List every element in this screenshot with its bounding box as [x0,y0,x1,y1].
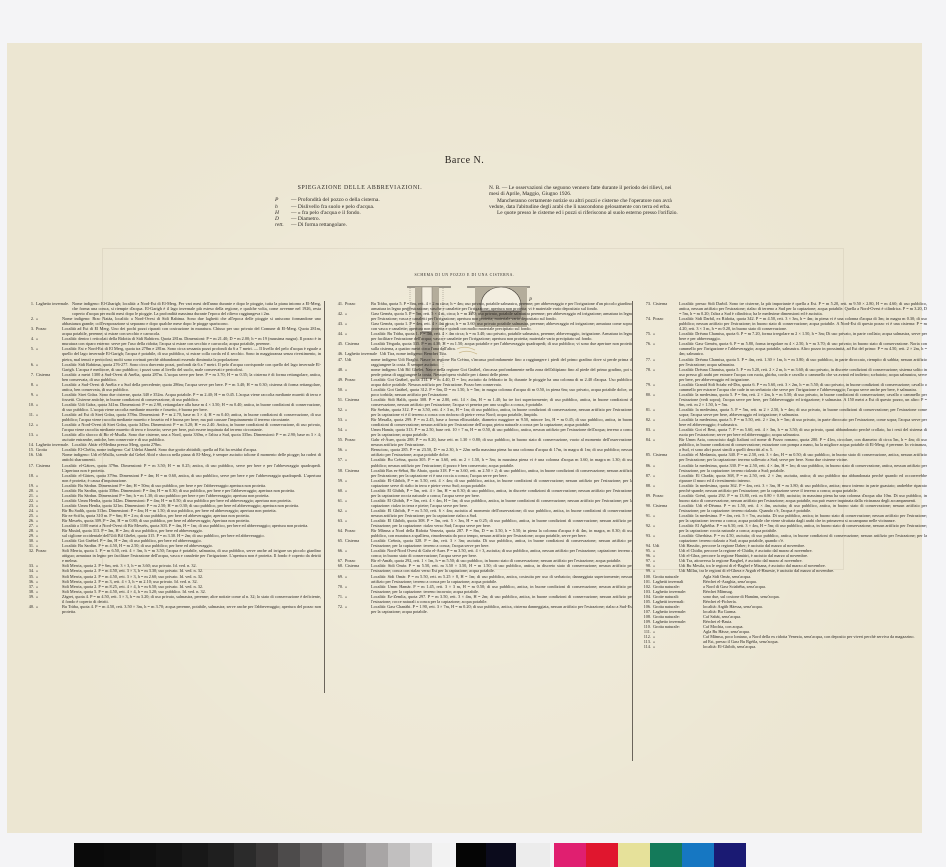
entry-row: 87.»Località: El Chadàr, quota 368, P = … [638,473,927,483]
entry-row: 66.»Località: Nord-Nord Ovest di Gahr el… [330,548,633,558]
entry-type: » [653,341,679,356]
entry-row: 41.PozzoBu Tràba, quota 5. P = 6m, rett.… [330,301,633,311]
entry-number: 45. [330,341,345,351]
entry-row: 80.»Località: la medesima, quota 5. P = … [638,392,927,407]
entry-number: 18. [21,473,36,483]
entry-description: Località: la medesima, quota 5. P = 6m, … [679,392,927,407]
entry-type: » [345,417,371,427]
entry-type: Cisterna [345,563,371,573]
entry-number: 74. [638,316,653,331]
entry-row: 76.»Località: Gasr Gemèa, quota 6. P = m… [638,341,927,356]
entry-row: 70.»Località: Umm Hamàr. P = m 1.45, ret… [330,584,633,594]
entry-type: » [36,594,62,604]
entry-row: 61.»Località: El Ghibib, P = 3m, rett. 4… [330,498,633,508]
calibration-swatch [432,843,450,867]
entry-number: 59. [330,478,345,488]
entry-description: Località: la medesima, quota 5. P = 5m, … [679,407,927,417]
entry-row: 92.»Località: El Aghéiba. P = m 6.50, re… [638,523,927,533]
entry-row: 3.PozzoLocalità ad Est di El Merg. Uno d… [21,326,321,336]
calibration-swatch [182,843,208,867]
entry-number: 68. [330,563,345,573]
entry-type: Cisterna [345,468,371,478]
column-2: 41.PozzoBu Tràba, quota 5. P = 6m, rett.… [324,301,633,693]
calibration-swatch [682,843,714,867]
entry-type: » [345,488,371,498]
entry-type: » [653,533,679,543]
entry-description: Località: Sidi Rabtima, quota 276-277. S… [62,362,321,372]
entry-row: 74.PozzoLocalità: Sidi Darbil, ex Ridott… [638,316,927,331]
entry-row: 50.»Località: Got Gnàbel, quota 312. P =… [330,387,633,397]
entry-row: 51.CisternaLocalità: Sidi Halib, quota 3… [330,397,633,407]
entry-row: 62.»Località: El Ghibib, P = m 5.50, ret… [330,508,633,518]
scanned-sheet: Barce N. SPIEGAZIONE DELLE ABBREVIAZIONI… [7,43,922,833]
entry-type: » [345,331,371,341]
entry-description: Località: Ez-Zemlia, quota 297. P = m 3.… [371,594,633,604]
entry-number: 4. [21,336,36,346]
entry-row: 2.»Nome indigeno: Brac Natàa, località: … [21,316,321,326]
entry-number: 44. [330,331,345,341]
entry-description: Località Ras es-Sébat, Bir Abaio, quota … [371,468,633,478]
entry-number: 85. [638,452,653,462]
entry-number: 11. [21,412,36,422]
entry-type: Pozzo [345,301,371,311]
entry-row: 89.PozzoLocalità: Grènl, quota 292. P = … [638,493,927,503]
entry-type: » [36,382,62,392]
entries-columns: 1.Laghetto invernale.Nome indigeno: El-G… [21,301,921,821]
entry-description: Località: El Chadàr, quota 368, P = m 2.… [679,473,927,483]
entry-row: 45.CisternaLocalità Térgada, quota 335. … [330,341,633,351]
entry-description: località: El-Ghibib, senz'acqua. [703,644,927,649]
entry-description: Località: a Sud-Ovest di Anélia e a Sud … [62,382,321,392]
entry-description: Località: allo sbocco di Bir el-Msalla. … [62,432,321,442]
entry-description: Località: El-Ghibib, P = m 5.50, rett. 4… [371,478,633,488]
calibration-swatch [586,843,618,867]
entry-type: » [36,412,62,422]
calibration-swatch [344,843,366,867]
entry-number: 70. [330,584,345,594]
entry-type: Udi [36,452,62,462]
entry-type: » [345,427,371,437]
entry-description: Località: Granid Sidi Sciahr ed-Din, quo… [679,382,927,392]
entry-description: Località: Gasr Chanàbi. P = 1.90, rett. … [371,604,633,614]
entry-description: Località: Crèinis, quota 328. P = 4m, re… [371,538,633,548]
entry-number: 57. [330,457,345,467]
calibration-swatch [74,843,104,867]
entry-description: Località: El Aghéiba. P = m 6.50, rett. … [679,523,927,533]
entry-description: Sidi Merria, quota 1. P = m 6.50, rett. … [62,548,321,563]
entry-type: » [36,316,62,326]
entry-type: » [36,604,62,614]
entry-description: Località: Sidi Omàr. P = m 5.50, rett. m… [371,574,633,584]
entry-description: Bu Tràba, quota 5. P = 6m, rett. 4 × 2 m… [371,301,633,311]
entry-description: Bu Tràba, quota 4. P = m 4.50, rett. 3.5… [62,604,321,614]
entry-description: Località: Bu Crèina, quota 305. P = m 3.… [371,457,633,467]
calibration-swatch [104,843,130,867]
entry-number: 50. [330,387,345,397]
entry-description: Gasr Gemèa, quota 5. P = 5m, rett. 5 × 4… [371,311,633,321]
entry-description: Bir Umm Azia, conosciuto dagli Italiani … [679,437,927,452]
entry-row: 85.CisternaLocalità: el Medamia, quota 3… [638,452,927,462]
calibration-swatch [256,843,278,867]
entry-type: » [653,463,679,473]
entry-row: 63.»Località: El Ghibib, quota 308. P = … [330,518,633,528]
entry-description: Nome indigeno: El-Gharigh; località: a N… [72,301,321,316]
entry-description: Umm Hamàr, quota 313. P = m 2.50, base r… [371,427,633,437]
entry-description: Località: Udi Grâra, quota 341m. Dimensi… [62,402,321,412]
entry-number: 9. [21,392,36,402]
entry-row: 32.PozzoSidi Merria, quota 1. P = m 6.50… [21,548,321,563]
entry-number: 48. [330,367,345,377]
entry-row: 54.»Umm Hamàr, quota 313. P = m 2.50, ba… [330,427,633,437]
entry-type: » [36,402,62,412]
entry-number: 47. [330,357,345,367]
entry-description: Località: Bu Tràba, quota 1. P = 4m, ret… [371,331,633,341]
entry-type: Pozzo [345,377,371,387]
entry-row: 81.»Località: la medesima, quota 5. P = … [638,407,927,417]
entry-description: Località: Got el Beut, quota 7. P = m 5.… [679,427,927,437]
entry-row: 13.»Località: allo sbocco di Bir el-Msal… [21,432,321,442]
entry-type: Pozzo [345,437,371,447]
entry-number: 66. [330,548,345,558]
entry-row: 64.PozzoBir Mâmsa a Nord della Ridotta V… [330,528,633,538]
entry-row: 73.CisternaLocalità: presso Sidi Darbil.… [638,301,927,316]
entry-type: Cisterna [653,301,679,316]
entry-row: 55.PozzoGahr el-Àuer, quota 288. P = m 8… [330,437,633,447]
entry-number: 73. [638,301,653,316]
calibration-swatch [234,843,256,867]
calibration-swatch [208,843,234,867]
entry-number: 3. [21,326,36,336]
entry-row: 16.UdiNome indigeno: Udi el-Msilla, scen… [21,452,321,462]
entry-row: 42.»Gasr Gemèa, quota 5. P = 5m, rett. 5… [330,311,633,321]
entry-type: » [345,508,371,518]
entry-type: » [345,574,371,584]
entry-type: Cisterna [345,397,371,407]
entry-row: 53.»Bir Mesalla, quota 299. P = m 2.45, … [330,417,633,427]
entry-row: 71.»Località: Ez-Zemlia, quota 297. P = … [330,594,633,604]
column-3: 73.CisternaLocalità: presso Sidi Darbil.… [632,301,927,761]
entry-number: 86. [638,463,653,473]
entry-description: nome indigeno Udi Bil Ghélet. Nasce nell… [371,367,633,377]
entry-type: Cisterna [653,503,679,513]
calibration-swatch [516,843,550,867]
entry-row: 83.»Località: Got el Beut, quota 7. P = … [638,427,927,437]
entry-number: 75. [638,331,653,341]
entry-type: » [653,427,679,437]
note-paragraph: Le quote presso le cisterne ed i pozzi s… [489,210,679,216]
entry-type: » [345,447,371,457]
entry-number: 16. [21,452,36,462]
entry-description: Bir Mesalla, quota 299. P = m 2.45, base… [371,417,633,427]
entry-type: » [345,584,371,594]
entry-row: 40.»Bu Tràba, quota 4. P = m 4.50, rett.… [21,604,321,614]
entry-type: Udi [345,357,371,367]
entry-row: 91.»Località: la medesima. P = 4m, rett.… [638,513,927,523]
entry-number: 10. [21,402,36,412]
entry-number: 87. [638,473,653,483]
entry-type: » [653,473,679,483]
entry-description: Località: la medesima, quota 362. P = 4m… [679,483,927,493]
abbreviation-row: rett.— Di forma rettangolare. [275,222,445,228]
entry-number: 52. [330,407,345,417]
calibration-swatch [300,843,322,867]
entry-type: » [653,331,679,341]
entry-description: Località: a metri 1300 a Sud-Ovest di An… [62,372,321,382]
entry-type: Cisterna [345,538,371,548]
entry-row: 44.»Località: Bu Tràba, quota 1. P = 4m,… [330,331,633,341]
entry-type: » [345,407,371,417]
entry-row: 9.»Località: Siret Grâra. Sono due ciste… [21,392,321,402]
entry-row: 90.CisternaLocalità: Udi el-Déuma. P = m… [638,503,927,513]
entry-type: Pozzo [653,316,679,331]
entry-number: 51. [330,397,345,407]
entry-type: » [345,518,371,528]
entry-row: 1.Laghetto invernale.Nome indigeno: El-G… [21,301,321,316]
entry-description: Località: Sidi Darbil, ex Ridotta, quota… [679,316,927,331]
entry-row: 7.CisternaLocalità: a metri 1300 a Sud-O… [21,372,321,382]
entry-number: 32. [21,548,36,563]
calibration-swatch [156,843,182,867]
note-paragraph: Mancheranno certamente notizie su altri … [489,198,679,211]
abbreviation-key: rett. [275,222,291,228]
entry-type: Pozzo [653,493,679,503]
abbreviations-heading: SPIEGAZIONE DELLE ABBREVIAZIONI. [275,185,445,191]
entry-number: 71. [330,594,345,604]
entry-row: 68.CisternaLocalità: Sidi Omàr. P = m 5.… [330,563,633,573]
entry-description: Località: Dréuna Chamisa, quota 6. P = m… [679,331,927,341]
entry-description: Località: ad Est di Siret Grâra, quota 3… [62,412,321,422]
entry-description: Località: Gasr Gemèa, quota 6. P = m 5.8… [679,341,927,356]
calibration-swatch [278,843,300,867]
entry-type: » [653,357,679,367]
entry-number: 49. [330,377,345,387]
entry-row: 58.CisternaLocalità Ras es-Sébat, Bir Ab… [330,468,633,478]
abbreviation-value: — Di forma rettangolare. [291,222,347,228]
entry-description: Bir Srebàn, quota 312. P = m 3.50, rett.… [371,407,633,417]
entry-row: 114.»località: El-Ghibib, senz'acqua. [638,644,927,649]
entry-number: 91. [638,513,653,523]
entry-number: 53. [330,417,345,427]
entry-type: » [36,362,62,372]
entry-number: 76. [638,341,653,356]
entry-number: 12. [21,422,36,432]
entry-type: » [653,523,679,533]
entry-type: » [345,478,371,488]
entry-row: 48.»nome indigeno Udi Bil Ghélet. Nasce … [330,367,633,377]
entry-row: 49.PozzoLocalità: Got Gnàbel, quota 314.… [330,377,633,387]
entry-description: Località: el-Gàtres, quota 379m. Dimensi… [62,473,321,483]
entry-row: 18.»Località: el-Gàtres, quota 379m. Dim… [21,473,321,483]
entry-row: 77.»Località: Dréuna Chamisa, quota 5. P… [638,357,927,367]
entry-row: 86.»Località: la medesima, quota 330. P … [638,463,927,473]
entry-description: Località: Got Gnàbel, quota 312. P = 6m,… [371,387,633,397]
entry-row: 69.»Località: Sidi Omàr. P = m 5.50, ret… [330,574,633,584]
entry-number: 2. [21,316,36,326]
entry-type: » [345,604,371,614]
entry-type: » [653,407,679,417]
calibration-swatch [322,843,344,867]
entry-description: nome indigeno Udi Braghi. Nasce in regio… [371,357,633,367]
entry-number: 42. [330,311,345,321]
entry-type: Pozzo [36,548,62,563]
entry-description: Località: El Ghibib, P = 5m, rett. 4 × 3… [371,488,633,498]
entry-number: 84. [638,437,653,452]
entry-description: Località: el Medamia, quota 340. P = m 2… [679,452,927,462]
entry-number: 82. [638,417,653,427]
entry-number: 83. [638,427,653,437]
entry-type: » [36,422,62,432]
calibration-swatch [714,843,746,867]
entry-row: 12.»Località: a Nord-Ovest di Siret Grâr… [21,422,321,432]
entry-type: » [345,457,371,467]
note-block: N. B. — Le osservazioni che seguono venn… [489,185,679,216]
entry-number: 69. [330,574,345,584]
entry-number: 13. [21,432,36,442]
calibration-swatch [486,843,516,867]
entry-number: 17. [21,463,36,473]
entry-row: 39.»Zàgret, quota 4. P = m 4.50, rett. 3… [21,594,321,604]
calibration-swatch [130,843,156,867]
entry-description: Località: El Ghibib, P = m 5.50, rett. 6… [371,508,633,518]
entry-description: Bir Mâmsa a Nord della Ridotta Venezia, … [371,528,633,538]
entry-description: Zàgret, quota 4. P = m 4.50, rett. 3 × 3… [62,594,321,604]
entry-number: 78. [638,367,653,382]
entry-description: Località: el-Gàtres, quota 379m. Dimensi… [62,463,321,473]
entry-type: » [653,644,703,649]
entry-number: 58. [330,468,345,478]
entry-description: Località: Siret Grâra. Sono due cisterne… [62,392,321,402]
entry-type: » [345,387,371,397]
entry-row: 88.»Località: la medesima, quota 362. P … [638,483,927,493]
calibration-swatch [410,843,432,867]
entry-description: Località: Got Gnàbel, quota 314. P = m 4… [371,377,633,387]
entry-row: 43.»Gasr Gemèa, quota 1. P = 4m, rett. 4… [330,321,633,331]
entry-number: 72. [330,604,345,614]
entry-description: Località: Gherbàsa. P = m 4.50, asciutta… [679,533,927,543]
entry-number: 1. [21,301,36,316]
entry-number: 114. [638,644,653,649]
entry-row: 56.»Bensciosc, quota 285. P = m 23.50, D… [330,447,633,457]
entry-number: 93. [638,533,653,543]
entry-number: 79. [638,382,653,392]
entry-row: 5.»Località: Est e Nord-Est di El Merg, … [21,346,321,361]
entry-type: » [345,548,371,558]
entry-type: Cisterna [345,341,371,351]
calibration-swatch [456,843,486,867]
entry-number: 40. [21,604,36,614]
entry-type: » [653,392,679,407]
entry-type: » [653,382,679,392]
calibration-swatch [618,843,650,867]
entry-row: 60.»Località: El Ghibib, P = 5m, rett. 4… [330,488,633,498]
entry-number: 64. [330,528,345,538]
entry-type: » [653,483,679,493]
entry-number: 60. [330,488,345,498]
entry-number: 41. [330,301,345,311]
entry-row: 65.CisternaLocalità: Crèinis, quota 328.… [330,538,633,548]
entry-description: Località: Grènl, quota 292. P = m 13.80,… [679,493,927,503]
entry-type: » [36,432,62,442]
entry-type: » [36,473,62,483]
entry-number: 88. [638,483,653,493]
entry-type: » [653,417,679,427]
entry-description: Località: Sidi Halib, quota 308. P = m 2… [371,397,633,407]
calibration-swatch [554,843,586,867]
entry-description: Località: Udi el-Déuma. P = m 1.50, rett… [679,503,927,513]
entry-type: » [36,336,62,346]
entry-number: 55. [330,437,345,447]
entry-description: Località: El Ghibib, P = 3m, rett. 4 × 4… [371,498,633,508]
entry-description: Gahr el-Àuer, quota 288. P = m 8.20, bas… [371,437,633,447]
calibration-swatch [650,843,682,867]
entry-row: 82.»Località: la medesima, quota 5. P = … [638,417,927,427]
entry-type: » [653,513,679,523]
entry-description: Località: Sidi Omàr. P = m 5.50, rett. m… [371,563,633,573]
entry-row: 10.»Località: Udi Grâra, quota 341m. Dim… [21,402,321,412]
entry-description: Gasr Gemèa, quota 1. P = 4m, rett. 4 × 4… [371,321,633,331]
entry-row: 6.»Località: Sidi Rabtima, quota 276-277… [21,362,321,372]
entry-type: » [653,437,679,452]
entry-description: Località: dentro i reticolati della Rido… [62,336,321,346]
entry-row: 17.CisternaLocalità: el-Gàtres, quota 37… [21,463,321,473]
entry-description: Località: la medesima. P = 4m, rett. 5 ×… [679,513,927,523]
entry-number: 80. [638,392,653,407]
entry-number: 7. [21,372,36,382]
entry-type: Cisterna [36,463,62,473]
entry-row: 75.»Località: Dréuna Chamisa, quota 6. P… [638,331,927,341]
color-calibration-strip [74,843,784,867]
entry-description: Nome indigeno: Brac Natàa, località: a N… [62,316,321,326]
entry-number: 81. [638,407,653,417]
note-paragraph: N. B. — Le osservazioni che seguono venn… [489,185,679,198]
entry-row: 11.»Località: ad Est di Siret Grâra, quo… [21,412,321,422]
entry-type: » [36,346,62,361]
entry-number: 61. [330,498,345,508]
entry-number: 90. [638,503,653,513]
entry-row: 79.»Località: Granid Sidi Sciahr ed-Din,… [638,382,927,392]
abbreviations-legend: SPIEGAZIONE DELLE ABBREVIAZIONI. P— Prof… [275,185,445,229]
entry-row: 93.»Località: Gherbàsa. P = m 4.50, asci… [638,533,927,543]
schema-title: SCHEMA DI UN POZZO E DI UNA CISTERNA. [7,273,922,277]
entry-type: Pozzo [36,326,62,336]
entry-row: 47.Udinome indigeno Udi Braghi. Nasce in… [330,357,633,367]
entry-description: Località Térgada, quota 335. P = m 4.30;… [371,341,633,351]
entry-type: » [345,321,371,331]
entry-number: 6. [21,362,36,372]
entry-number: 43. [330,321,345,331]
entry-description: Località: la medesima, quota 330. P = m … [679,463,927,473]
entry-row: 84.»Bir Umm Azia, conosciuto dagli Itali… [638,437,927,452]
entry-row: 4.»Località: dentro i reticolati della R… [21,336,321,346]
entry-type: Cisterna [653,452,679,462]
entry-number: 65. [330,538,345,548]
entry-row: 52.»Bir Srebàn, quota 312. P = m 3.50, r… [330,407,633,417]
entry-row: 8.»Località: a Sud-Ovest di Anélia e a S… [21,382,321,392]
entry-description: Bensciosc, quota 285. P = m 23.50, D = m… [371,447,633,457]
entry-description: Località: a Nord-Ovest di Siret Grâra, q… [62,422,321,432]
column-1: 1.Laghetto invernale.Nome indigeno: El-G… [21,301,321,614]
entry-number: 77. [638,357,653,367]
entry-description: Località: la medesima, quota 5. P = m 5.… [679,417,927,427]
entry-number: 5. [21,346,36,361]
entry-description: Località: Dréuna Chamisa, quota 5. P = 4… [679,357,927,367]
calibration-swatch [366,843,388,867]
entry-type: » [653,367,679,382]
entry-number: 63. [330,518,345,528]
entry-type: » [345,367,371,377]
entry-description: Località: Umm Hamàr. P = m 1.45, rett. 3… [371,584,633,594]
entry-description: Località: Nord-Nord Ovest di Gahr el-Aue… [371,548,633,558]
